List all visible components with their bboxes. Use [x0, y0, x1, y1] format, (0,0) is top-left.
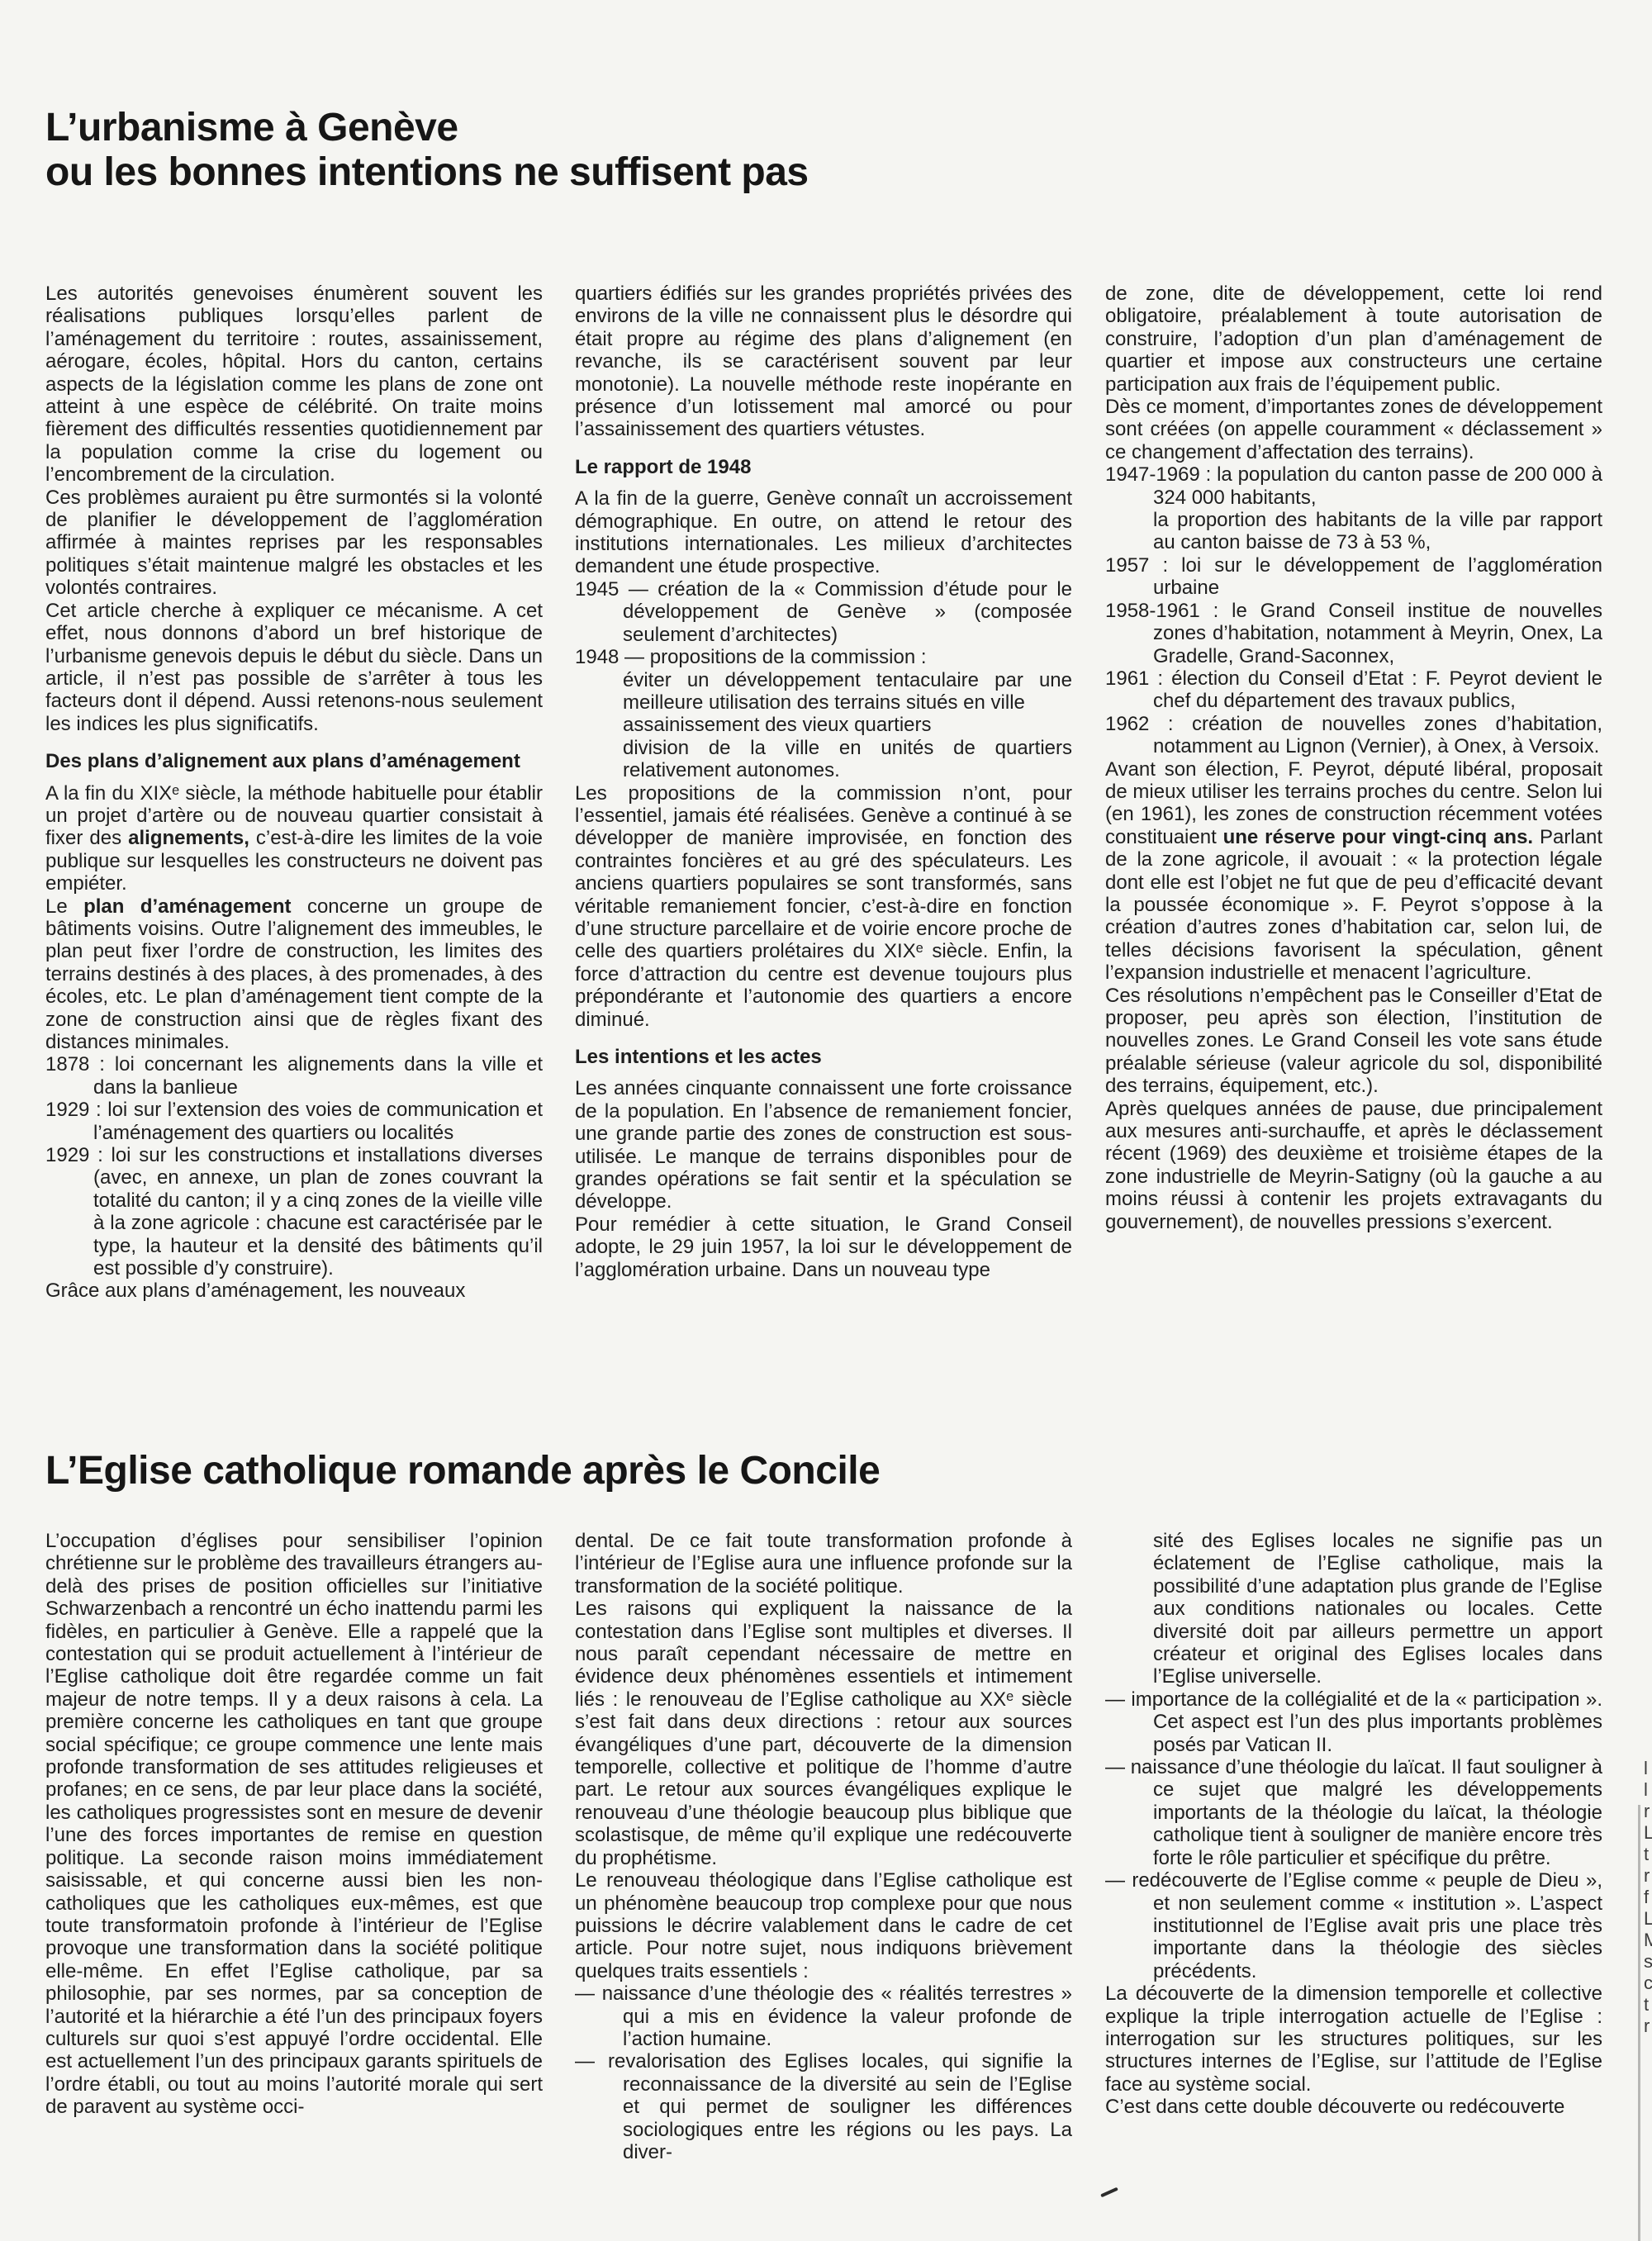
subheading: Des plans d’alignement aux plans d’aména… [45, 750, 543, 772]
paragraph: 1929 : loi sur les constructions et inst… [45, 1144, 543, 1280]
paragraph: Le plan d’aménagement concerne un groupe… [45, 895, 543, 1054]
article-2-column-3: sité des Eglises locales ne signifie pas… [1105, 1530, 1602, 2119]
scanned-page: L’urbanisme à Genève ou les bonnes inten… [0, 0, 1652, 2241]
paragraph: division de la ville en unités de quarti… [575, 737, 1072, 782]
paragraph: C’est dans cette double découverte ou re… [1105, 2096, 1602, 2118]
article-2-column-2: dental. De ce fait toute transformation … [575, 1530, 1072, 2163]
paragraph: éviter un développement tentaculaire par… [575, 669, 1072, 715]
paragraph: — importance de la collégialité et de la… [1105, 1688, 1602, 1756]
paragraph: 1948 — propositions de la commission : [575, 646, 1072, 668]
paragraph: Grâce aux plans d’aménagement, les nouve… [45, 1280, 543, 1302]
paragraph: 1878 : loi concernant les alignements da… [45, 1053, 543, 1099]
handwritten-pen-mark [1100, 2187, 1118, 2198]
paragraph: — naissance d’une théologie des « réalit… [575, 1982, 1072, 2050]
paragraph: 1945 — création de la « Commission d’étu… [575, 578, 1072, 646]
subheading: Le rapport de 1948 [575, 456, 1072, 478]
paragraph: 1947-1969 : la population du canton pass… [1105, 463, 1602, 509]
paragraph: Les autorités genevoises énumèrent souve… [45, 282, 543, 487]
paragraph: Le renouveau théologique dans l’Eglise c… [575, 1869, 1072, 1982]
article-2-title: L’Eglise catholique romande après le Con… [45, 1449, 880, 1493]
article-1-column-3: de zone, dite de développement, cette lo… [1105, 282, 1602, 1233]
paragraph: Ces problèmes auraient pu être surmontés… [45, 487, 543, 600]
paragraph: Dès ce moment, d’importantes zones de dé… [1105, 396, 1602, 463]
paragraph: Ces résolutions n’empêchent pas le Conse… [1105, 985, 1602, 1098]
paragraph: 1962 : création de nouvelles zones d’hab… [1105, 713, 1602, 758]
paragraph: — naissance d’une théologie du laïcat. I… [1105, 1756, 1602, 1869]
paragraph: 1957 : loi sur le développement de l’agg… [1105, 554, 1602, 600]
paragraph: L’occupation d’églises pour sensibiliser… [45, 1530, 543, 2119]
paragraph: 1961 : élection du Conseil d’Etat : F. P… [1105, 667, 1602, 713]
article-2-column-1: L’occupation d’églises pour sensibiliser… [45, 1530, 543, 2119]
paragraph: Les propositions de la commission n’ont,… [575, 782, 1072, 1031]
paragraph: — revalorisation des Eglises locales, qu… [575, 2050, 1072, 2163]
paragraph: Avant son élection, F. Peyrot, député li… [1105, 758, 1602, 985]
paragraph: 1929 : loi sur l’extension des voies de … [45, 1099, 543, 1144]
page-fold-edge [1638, 1805, 1640, 2241]
paragraph: sité des Eglises locales ne signifie pas… [1105, 1530, 1602, 1688]
article-1-column-2: quartiers édifiés sur les grandes propri… [575, 282, 1072, 1281]
cropped-next-page-text-fragments: l l r L t r f L M s c t r [1644, 1758, 1652, 2037]
paragraph: Les raisons qui expliquent la naissance … [575, 1598, 1072, 1869]
paragraph: Les années cinquante connaissent une for… [575, 1077, 1072, 1213]
paragraph: la proportion des habitants de la ville … [1105, 509, 1602, 554]
paragraph: Cet article cherche à expliquer ce mécan… [45, 600, 543, 735]
article-1-column-1: Les autorités genevoises énumèrent souve… [45, 282, 543, 1303]
paragraph: 1958-1961 : le Grand Conseil institue de… [1105, 600, 1602, 667]
paragraph: quartiers édifiés sur les grandes propri… [575, 282, 1072, 441]
paragraph: A la fin du XIXᵉ siècle, la méthode habi… [45, 782, 543, 895]
paragraph: Pour remédier à cette situation, le Gran… [575, 1213, 1072, 1281]
paragraph: Après quelques années de pause, due prin… [1105, 1098, 1602, 1233]
paragraph: de zone, dite de développement, cette lo… [1105, 282, 1602, 396]
paragraph: dental. De ce fait toute transformation … [575, 1530, 1072, 1598]
paragraph: assainissement des vieux quartiers [575, 714, 1072, 736]
paragraph: La découverte de la dimension temporelle… [1105, 1982, 1602, 2096]
paragraph: — redécouverte de l’Eglise comme « peupl… [1105, 1869, 1602, 1982]
article-1-title: L’urbanisme à Genève ou les bonnes inten… [45, 106, 809, 195]
subheading: Les intentions et les actes [575, 1046, 1072, 1068]
paragraph: A la fin de la guerre, Genève connaît un… [575, 487, 1072, 578]
